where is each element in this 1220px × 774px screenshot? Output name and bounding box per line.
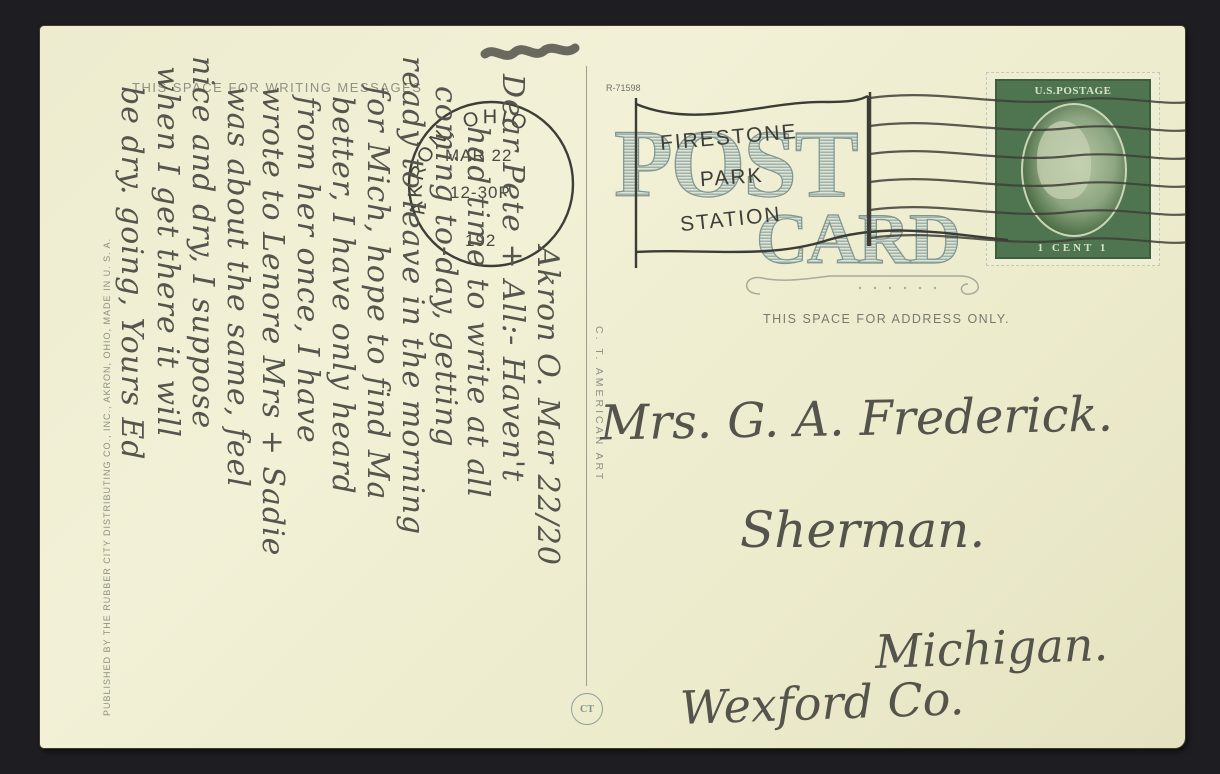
message-line: for Mich, hope to find Ma xyxy=(360,86,395,500)
ink-smudge xyxy=(480,42,580,72)
message-line: had time to write at all xyxy=(460,126,495,499)
message-dateline: Akron O. Mar 22/20 xyxy=(530,246,565,566)
message-line: from her once, I have xyxy=(290,96,325,444)
recipient-county: Wexford Co. xyxy=(679,671,965,735)
postcard-back: THIS SPACE FOR WRITING MESSAGES R-71598 … xyxy=(40,26,1185,748)
recipient-name: Mrs. G. A. Frederick. xyxy=(600,387,1114,452)
message-line: ready to leave in the morning xyxy=(395,56,430,535)
center-divider xyxy=(586,66,587,686)
cancel-line-2: PARK xyxy=(699,164,764,192)
publisher-line: PUBLISHED BY THE RUBBER CITY DISTRIBUTIN… xyxy=(102,86,112,716)
message-line: nice and dry, I suppose xyxy=(185,56,220,429)
message-line: when I get there it will xyxy=(150,66,185,438)
address-area-header: THIS SPACE FOR ADDRESS ONLY. xyxy=(763,312,1010,326)
flag-cancellation xyxy=(628,90,1028,290)
publisher-logo-icon: CT xyxy=(571,693,603,725)
message-line: wrote to Lenore Mrs + Sadie xyxy=(255,86,290,556)
message-line: better, I have only heard xyxy=(325,96,360,495)
recipient-state: Michigan. xyxy=(874,617,1109,679)
message-line: was about the same, feel xyxy=(220,86,255,488)
recipient-city: Sherman. xyxy=(740,501,985,559)
message-line: Dear Pete + All:- Haven't xyxy=(495,74,530,482)
message-line: be dry. going, Yours Ed xyxy=(114,86,149,461)
message-line: coming to-day, getting xyxy=(428,86,463,448)
